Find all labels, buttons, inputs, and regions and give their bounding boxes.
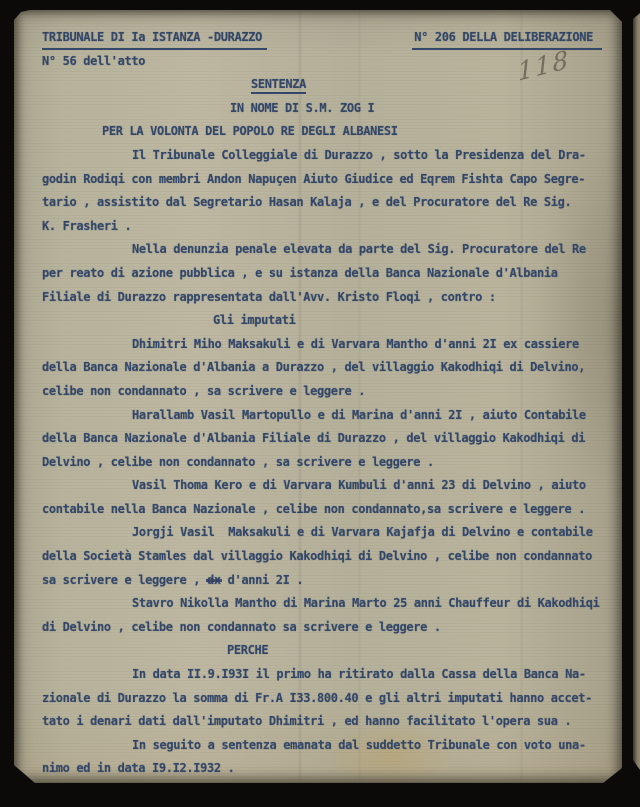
document-line: PERCHE bbox=[42, 639, 622, 663]
deliberation-number: N° 206 DELLA DELIBERAZIONE bbox=[412, 26, 602, 50]
line-text: Delvino , celibe non condannato , sa scr… bbox=[42, 455, 434, 469]
adjacent-page-edge bbox=[633, 13, 640, 770]
struck-out-text: dx bbox=[207, 573, 221, 587]
document-header: TRIBUNALE DI Ia ISTANZA -DURAZZO N° 206 … bbox=[42, 26, 602, 50]
line-text: sa scrivere e leggere , bbox=[42, 573, 207, 587]
line-text: SENTENZA bbox=[251, 77, 306, 94]
document-line: nimo ed in data I9.I2.I932 . bbox=[42, 757, 622, 781]
document-line: Stavro Nikolla Mantho di Marina Marto 25… bbox=[42, 592, 622, 616]
document-line: Filiale di Durazzo rappresentata dall'Av… bbox=[42, 286, 622, 310]
document-line: Dhimitri Miho Maksakuli e di Varvara Man… bbox=[42, 333, 622, 357]
document-line: Jorgji Vasil Maksakuli e di Varvara Kaja… bbox=[42, 521, 622, 545]
document-line: K. Frasheri . bbox=[42, 215, 622, 239]
document-line: Nella denunzia penale elevata da parte d… bbox=[42, 238, 622, 262]
document-line: In data II.9.I93I il primo ha ritirato d… bbox=[42, 663, 622, 687]
line-text: In seguito a sentenza emanata dal suddet… bbox=[132, 738, 586, 752]
line-text: per reato di azione pubblica , e su ista… bbox=[42, 266, 558, 280]
document-line: contabile nella Banca Nazionale , celibe… bbox=[42, 498, 622, 522]
line-text: d'anni 2I . bbox=[221, 573, 304, 587]
line-text: della Banca Nazionale d'Albania Filiale … bbox=[42, 431, 585, 445]
document-line: zionale di Durazzo la somma di Fr.A I33.… bbox=[42, 687, 622, 711]
document-line: Delvino , celibe non condannato , sa scr… bbox=[42, 451, 622, 475]
line-text: zionale di Durazzo la somma di Fr.A I33.… bbox=[42, 691, 592, 705]
line-text: Il Tribunale Colleggiale di Durazzo , so… bbox=[132, 148, 586, 162]
document-line: sa scrivere e leggere , dx d'anni 2I . bbox=[42, 569, 622, 593]
document-line: per reato di azione pubblica , e su ista… bbox=[42, 262, 622, 286]
line-text: contabile nella Banca Nazionale , celibe… bbox=[42, 502, 585, 516]
line-text: Vasil Thoma Kero e di Varvara Kumbuli d'… bbox=[132, 478, 586, 492]
line-text: della Banca Nazionale d'Albania a Durazz… bbox=[42, 360, 585, 374]
document-line: Il Tribunale Colleggiale di Durazzo , so… bbox=[42, 144, 622, 168]
document-line: Vasil Thoma Kero e di Varvara Kumbuli d'… bbox=[42, 474, 622, 498]
document-line: tato i denari dati dall'imputato Dhimitr… bbox=[42, 710, 622, 734]
line-text: IN NOME DI S.M. ZOG I bbox=[230, 101, 374, 115]
document-page: TRIBUNALE DI Ia ISTANZA -DURAZZO N° 206 … bbox=[14, 10, 622, 783]
document-line: IN NOME DI S.M. ZOG I bbox=[42, 97, 622, 121]
line-text: Harallamb Vasil Martopullo e di Marina d… bbox=[132, 408, 586, 422]
line-text: tario , assistito dal Segretario Hasan K… bbox=[42, 195, 571, 209]
line-text: della Società Stamles dal villaggio Kako… bbox=[42, 549, 592, 563]
line-text: K. Frasheri . bbox=[42, 219, 131, 233]
court-title: TRIBUNALE DI Ia ISTANZA -DURAZZO bbox=[42, 26, 267, 50]
line-text: In data II.9.I93I il primo ha ritirato d… bbox=[132, 667, 586, 681]
document-line: tario , assistito dal Segretario Hasan K… bbox=[42, 191, 622, 215]
photo-frame: TRIBUNALE DI Ia ISTANZA -DURAZZO N° 206 … bbox=[0, 0, 640, 807]
document-line: godin Rodiqi con membri Andon Napuçen Ai… bbox=[42, 168, 622, 192]
document-line: Gli imputati bbox=[42, 309, 622, 333]
document-line: Harallamb Vasil Martopullo e di Marina d… bbox=[42, 404, 622, 428]
line-text: tato i denari dati dall'imputato Dhimitr… bbox=[42, 714, 571, 728]
document-line: PER LA VOLONTA DEL POPOLO RE DEGLI ALBAN… bbox=[42, 120, 622, 144]
line-text: di Delvino , celibe non condannato sa sc… bbox=[42, 620, 441, 634]
line-text: godin Rodiqi con membri Andon Napuçen Ai… bbox=[42, 172, 585, 186]
line-text: nimo ed in data I9.I2.I932 . bbox=[42, 761, 235, 775]
line-text: Jorgji Vasil Maksakuli e di Varvara Kaja… bbox=[132, 525, 593, 539]
document-line: di Delvino , celibe non condannato sa sc… bbox=[42, 616, 622, 640]
document-body: SENTENZAIN NOME DI S.M. ZOG IPER LA VOLO… bbox=[42, 73, 622, 781]
document-line: della Banca Nazionale d'Albania Filiale … bbox=[42, 427, 622, 451]
line-text: PER LA VOLONTA DEL POPOLO RE DEGLI ALBAN… bbox=[102, 124, 398, 138]
line-text: Stavro Nikolla Mantho di Marina Marto 25… bbox=[132, 596, 599, 610]
line-text: celibe non condannato , sa scrivere e le… bbox=[42, 384, 365, 398]
document-line: della Società Stamles dal villaggio Kako… bbox=[42, 545, 622, 569]
line-text: Filiale di Durazzo rappresentata dall'Av… bbox=[42, 290, 496, 304]
line-text: Dhimitri Miho Maksakuli e di Varvara Man… bbox=[132, 337, 579, 351]
line-text: PERCHE bbox=[227, 643, 268, 657]
document-line: della Banca Nazionale d'Albania a Durazz… bbox=[42, 356, 622, 380]
line-text: Nella denunzia penale elevata da parte d… bbox=[132, 242, 586, 256]
document-line: In seguito a sentenza emanata dal suddet… bbox=[42, 734, 622, 758]
document-line: celibe non condannato , sa scrivere e le… bbox=[42, 380, 622, 404]
line-text: Gli imputati bbox=[213, 313, 296, 327]
